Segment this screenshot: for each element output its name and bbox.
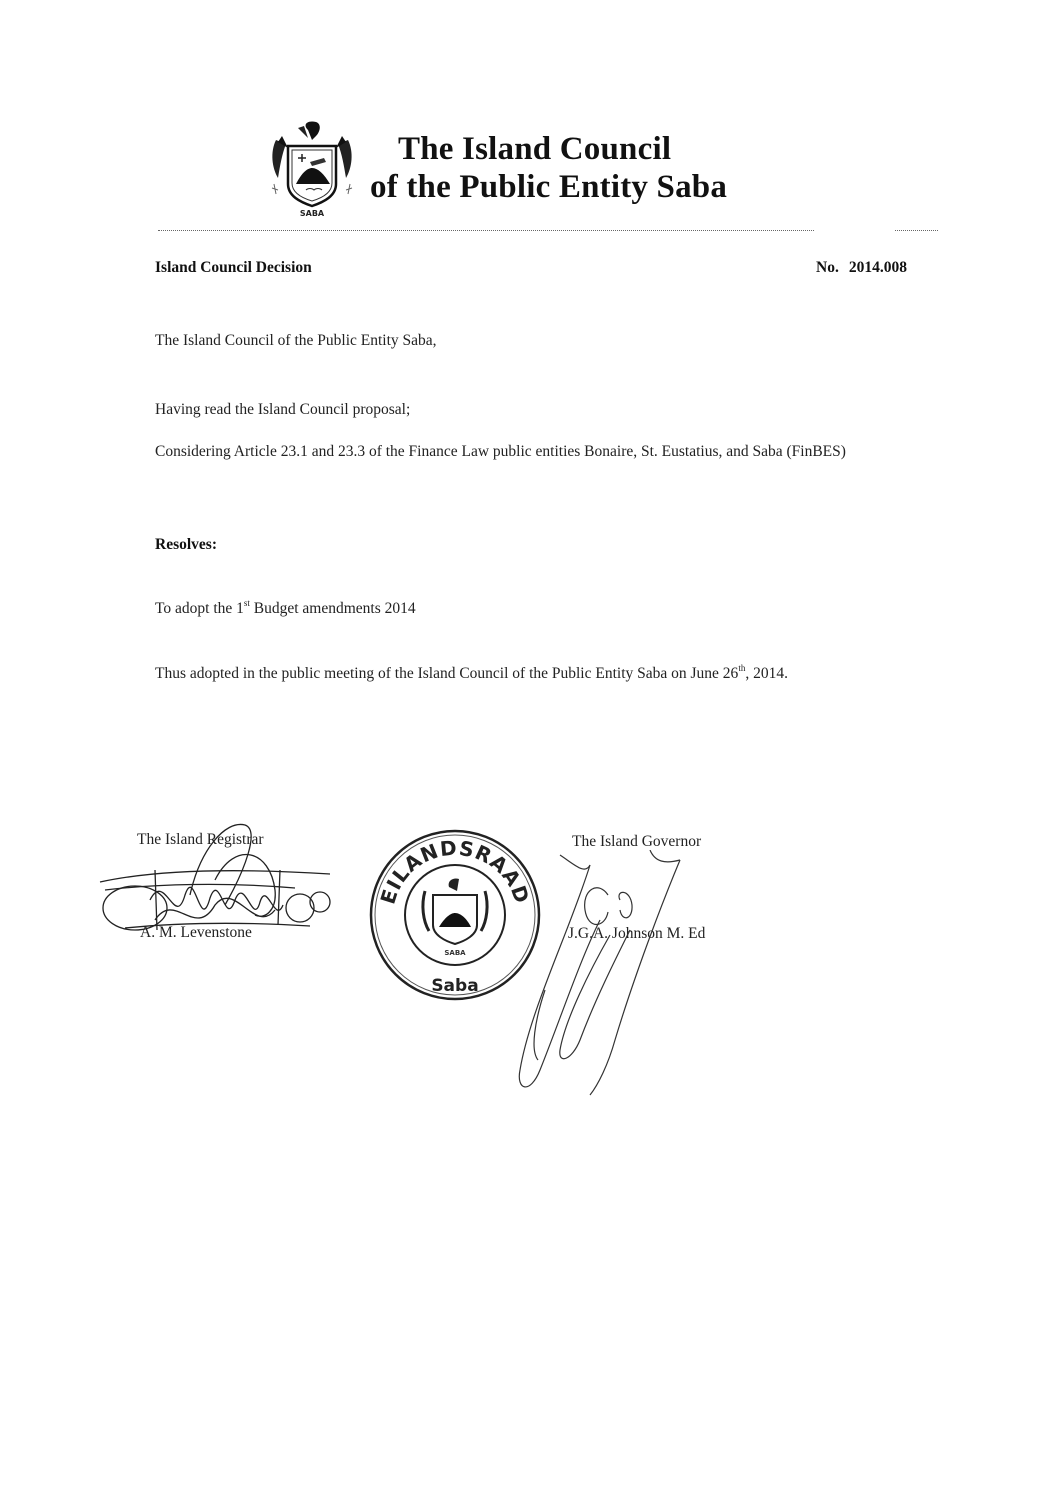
saba-coat-of-arms-icon: SABA (268, 118, 356, 218)
having-read-paragraph: Having read the Island Council proposal; (155, 400, 410, 420)
intro-paragraph: The Island Council of the Public Entity … (155, 331, 437, 351)
adoption-paragraph: Thus adopted in the public meeting of th… (155, 664, 939, 684)
governor-signature-icon (490, 850, 710, 1100)
svg-text:Saba: Saba (431, 976, 478, 996)
council-stamp-icon: EILANDSRAAD Saba SABA (365, 825, 545, 1005)
registrar-title: The Island Registrar (137, 830, 264, 850)
decision-number-value: 2014.008 (849, 259, 907, 276)
governor-name: J.G.A. Johnson M. Ed (568, 924, 705, 944)
document-page: SABA The Island Council of the Public En… (0, 0, 1058, 1497)
decision-number: No.2014.008 (816, 258, 907, 278)
svg-text:SABA: SABA (444, 949, 466, 957)
considering-paragraph: Considering Article 23.1 and 23.3 of the… (155, 442, 939, 462)
resolves-heading: Resolves: (155, 535, 217, 555)
decision-label: Island Council Decision (155, 258, 312, 278)
registrar-name: A. M. Levenstone (140, 923, 252, 943)
decision-number-prefix: No. (816, 259, 839, 276)
resolution-paragraph: To adopt the 1st Budget amendments 2014 (155, 599, 416, 619)
header-title-line1: The Island Council (370, 130, 727, 168)
svg-text:SABA: SABA (300, 209, 325, 218)
header-title: The Island Council of the Public Entity … (370, 130, 727, 206)
svg-text:EILANDSRAAD: EILANDSRAAD (376, 836, 535, 907)
header-title-line2: of the Public Entity Saba (370, 168, 727, 206)
governor-title: The Island Governor (572, 832, 701, 852)
